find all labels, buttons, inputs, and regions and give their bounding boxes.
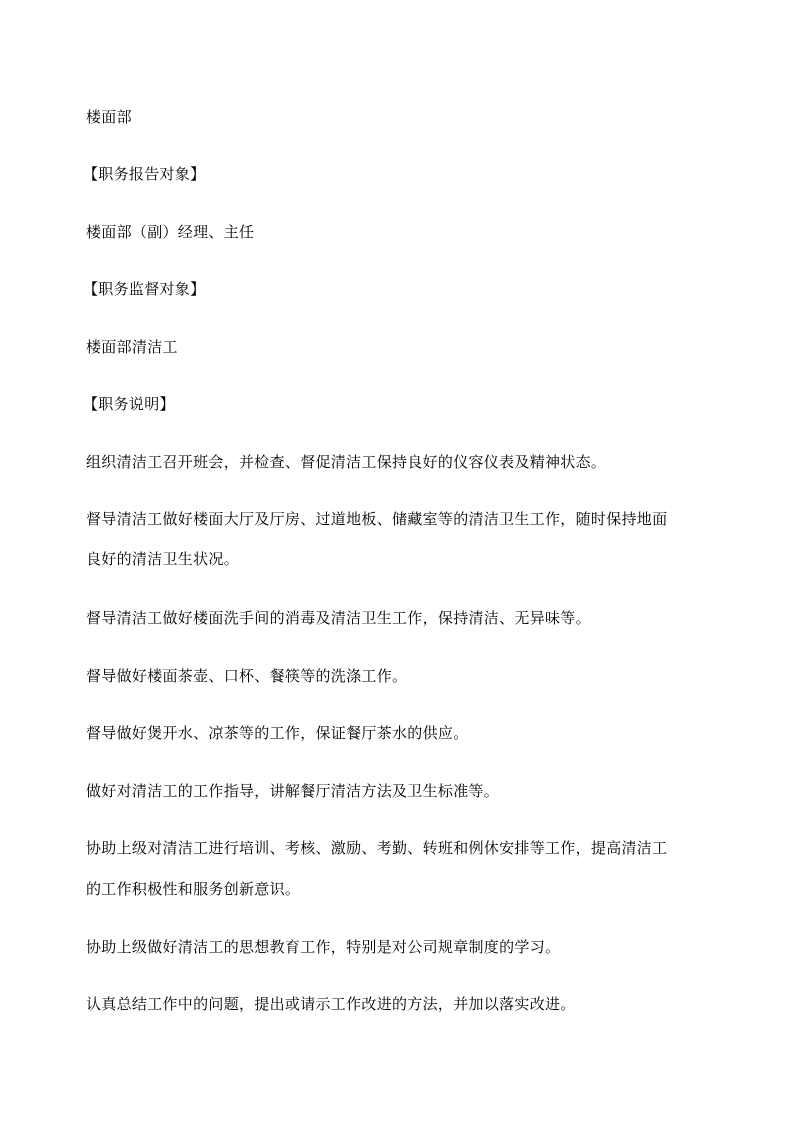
report-to-content: 楼面部（副）经理、主任: [86, 222, 254, 242]
duty-paragraph-8: 协助上级做好清洁工的思想教育工作，特别是对公司规章制度的学习。: [86, 937, 560, 957]
duty-paragraph-9: 认真总结工作中的问题，提出或请示工作改进的方法，并加以落实改进。: [86, 994, 576, 1014]
duty-paragraph-3: 督导清洁工做好楼面洗手间的消毒及清洁卫生工作，保持清洁、无异味等。: [86, 608, 591, 628]
duty-paragraph-6: 做好对清洁工的工作指导，讲解餐厅清洁方法及卫生标准等。: [86, 781, 499, 801]
duty-paragraph-2-line-2: 良好的清洁卫生状况。: [86, 549, 239, 569]
section-heading-report-to: 【职务报告对象】: [83, 164, 205, 184]
duty-paragraph-1: 组织清洁工召开班会，并检查、督促清洁工保持良好的仪容仪表及精神状态。: [86, 452, 606, 472]
department-title: 楼面部: [86, 107, 132, 127]
section-heading-supervise: 【职务监督对象】: [83, 279, 205, 299]
section-heading-duties: 【职务说明】: [83, 394, 175, 414]
duty-paragraph-5: 督导做好煲开水、凉茶等的工作，保证餐厅茶水的供应。: [86, 723, 469, 743]
duty-paragraph-7-line-2: 的工作积极性和服务创新意识。: [86, 879, 300, 899]
duty-paragraph-7-line-1: 协助上级对清洁工进行培训、考核、激励、考勤、转班和例休安排等工作，提高清洁工: [86, 838, 667, 858]
supervise-content: 楼面部清洁工: [86, 337, 178, 357]
duty-paragraph-4: 督导做好楼面茶壶、口杯、餐筷等的洗涤工作。: [86, 666, 407, 686]
duty-paragraph-2-line-1: 督导清洁工做好楼面大厅及厅房、过道地板、储藏室等的清洁卫生工作，随时保持地面: [86, 509, 667, 529]
